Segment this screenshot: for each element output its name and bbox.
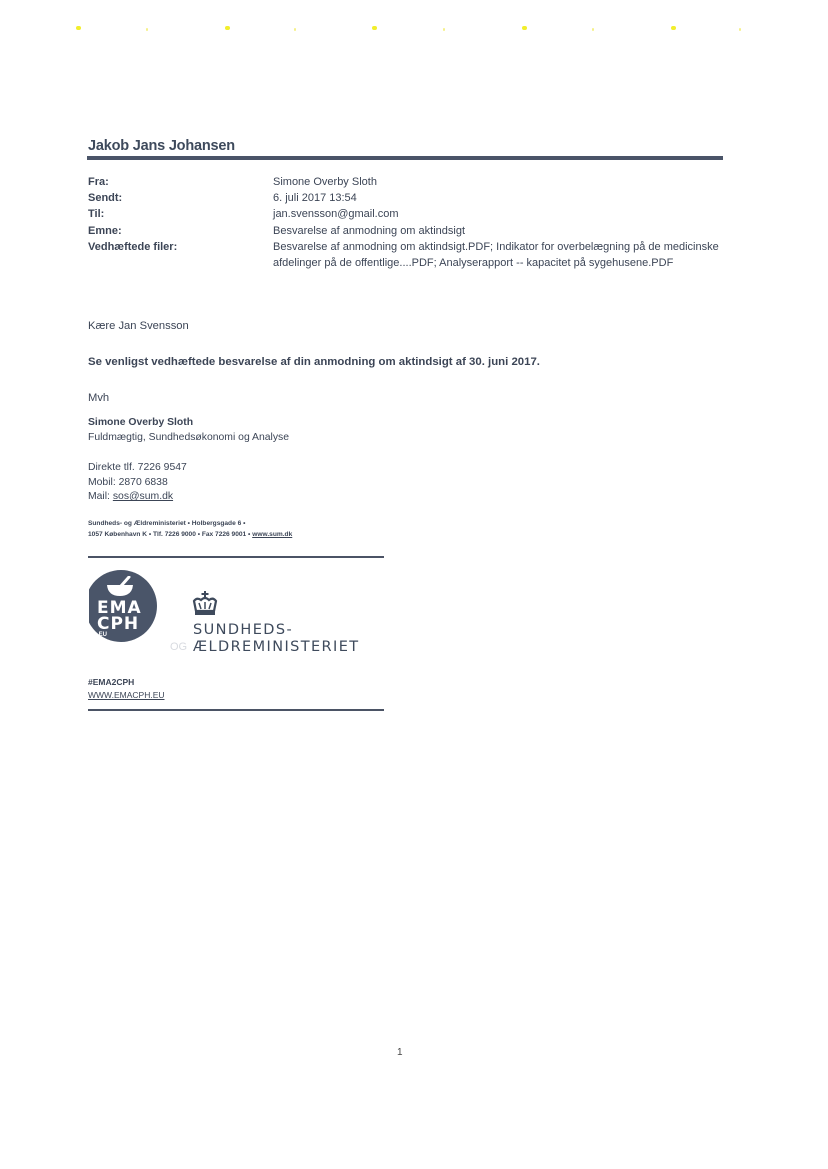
direct-phone: Direkte tlf. 7226 9547 [88,461,187,476]
ema-cph-logo: EMA CPH .EU [85,570,157,642]
logo-divider [88,709,384,711]
scan-marker-dots [0,0,828,40]
closing: Mvh [88,392,109,404]
header-label: Fra: [88,174,273,190]
header-attachments: Vedhæftede filer: Besvarelse af anmodnin… [88,239,723,271]
header-sent: Sendt: 6. juli 2017 13:54 [88,190,723,206]
title-divider [87,156,723,160]
signature-divider [88,556,384,558]
header-from: Fra: Simone Overby Sloth [88,174,723,190]
ministry-logo-text: SUNDHEDS- ÆLDREMINISTERIET [193,622,360,656]
message-text: Se venligst vedhæftede besvarelse af din… [88,356,540,368]
crown-icon [191,591,219,617]
header-to: Til: jan.svensson@gmail.com [88,206,723,222]
header-value: Besvarelse af anmodning om aktindsigt [273,223,723,239]
header-label: Vedhæftede filer: [88,239,273,271]
header-value: Simone Overby Sloth [273,174,723,190]
ema-website-link[interactable]: WWW.EMACPH.EU [88,690,165,700]
document-title: Jakob Jans Johansen [88,138,235,154]
ministry-website-link[interactable]: www.sum.dk [252,531,292,538]
header-label: Til: [88,206,273,222]
header-label: Sendt: [88,190,273,206]
header-subject: Emne: Besvarelse af anmodning om aktinds… [88,223,723,239]
signature-name: Simone Overby Sloth [88,417,193,428]
hashtag: #EMA2CPH [88,677,134,687]
header-label: Emne: [88,223,273,239]
mail-link[interactable]: sos@sum.dk [113,491,173,502]
ministry-address: Sundheds- og Ældreministeriet • Holbergs… [88,518,292,540]
header-value: 6. juli 2017 13:54 [273,190,723,206]
mortar-bowl-icon [105,576,135,598]
email-header: Fra: Simone Overby Sloth Sendt: 6. juli … [88,174,723,271]
header-value: jan.svensson@gmail.com [273,206,723,222]
header-value: Besvarelse af anmodning om aktindsigt.PD… [273,239,723,271]
mail: Mail: sos@sum.dk [88,490,187,505]
contact-block: Direkte tlf. 7226 9547 Mobil: 2870 6838 … [88,461,187,505]
greeting: Kære Jan Svensson [88,320,189,332]
page-number: 1 [397,1047,403,1058]
mobile-phone: Mobil: 2870 6838 [88,476,187,491]
ministry-logo-ghost: OG [170,641,187,653]
signature-title: Fuldmægtig, Sundhedsøkonomi og Analyse [88,432,289,443]
